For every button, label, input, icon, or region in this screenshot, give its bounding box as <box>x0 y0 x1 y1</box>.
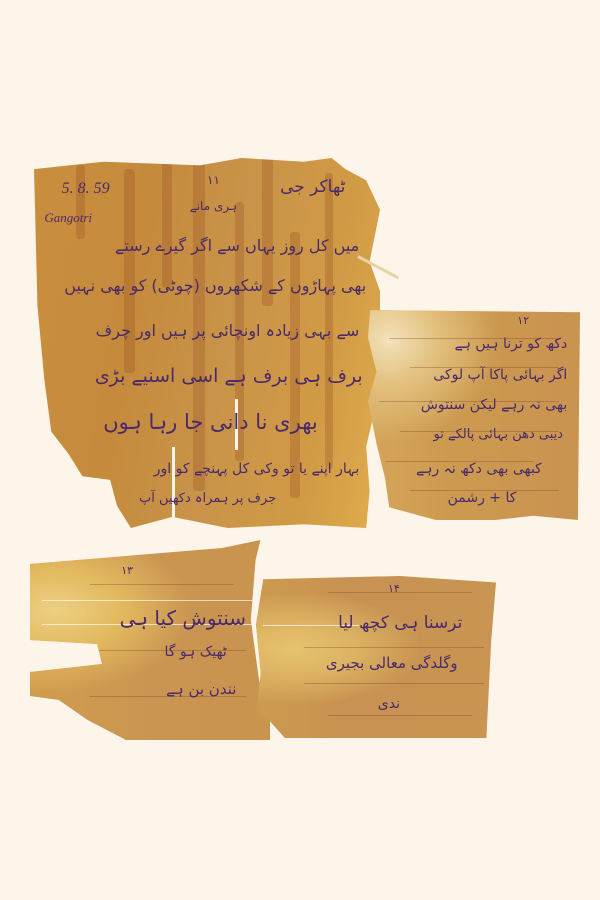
letter-date: 5. 8. 59 <box>62 180 110 198</box>
letter-line: بھی پہاڑوں کے شکھروں (چوٹی) کو بھی نہیں <box>64 276 366 295</box>
letter-number: ۱۲ <box>517 314 529 327</box>
letter-heading: ٹھاکر جی <box>280 177 345 197</box>
letter-line: سے بہی زیادہ اونچائی پر ہیں اور چرف <box>96 321 360 340</box>
letter-line: وگلدگی معالی بجیری <box>326 654 458 672</box>
bark-letter-fragment-4: ۱۴ ترسنا ہی کچھ لیا وگلدگی معالی بجیری ن… <box>256 576 496 738</box>
letter-line: دکھ کو ترنا ہیں ہے <box>455 336 568 352</box>
letter-line: سنتوش کیا ہی <box>120 606 246 630</box>
letter-line: میں کل روز یہاں سے اگر گیرے رستے <box>115 236 359 255</box>
letter-number: ۱۳ <box>121 564 133 577</box>
letter-number: ۱۱ <box>207 173 220 187</box>
bark-letter-fragment-2: ۱۲ دکھ کو ترنا ہیں ہے اگر بہائی پاکا آپ … <box>368 308 580 520</box>
letter-line: اگر بہائی پاکا آپ لوکی <box>433 367 567 383</box>
letter-line: ندی <box>378 696 400 712</box>
letter-sub-heading: ہری مانے <box>190 199 237 213</box>
letter-line: بھی نہ رہے لیکن سنتوش <box>421 397 567 413</box>
letter-line: ترسنا ہی کچھ لیا <box>338 612 462 633</box>
bark-letter-fragment-3: ۱۳ سنتوش کیا ہی ٹھیک ہو گا نندن بن ہے <box>30 540 270 740</box>
letter-number: ۱۴ <box>388 582 400 595</box>
letter-place: Gangotri <box>44 210 92 226</box>
bark-letter-fragment-1: 5. 8. 59 Gangotri ۱۱ ہری مانے ٹھاکر جی م… <box>34 158 380 528</box>
letter-line: برف ہی برف ہے اسی اسنیے بڑی <box>95 365 363 387</box>
letter-line: کا + رشمن <box>448 490 517 506</box>
letter-line: جرف پر ہمراہ دکھیں آپ <box>139 491 276 506</box>
letter-line: بہار اپنے یا تو وکی کل پہنچے کو اور <box>154 461 359 477</box>
letter-line: نندن بن ہے <box>166 680 236 698</box>
letter-line: دیبی دھن بہائی پالکے تو <box>433 427 563 442</box>
letter-line: بھری نا دانی جا رہا ہوں <box>103 410 318 434</box>
letter-line: کبھی بھی دکھ نہ رہے <box>416 461 542 477</box>
letter-line: ٹھیک ہو گا <box>164 644 226 660</box>
